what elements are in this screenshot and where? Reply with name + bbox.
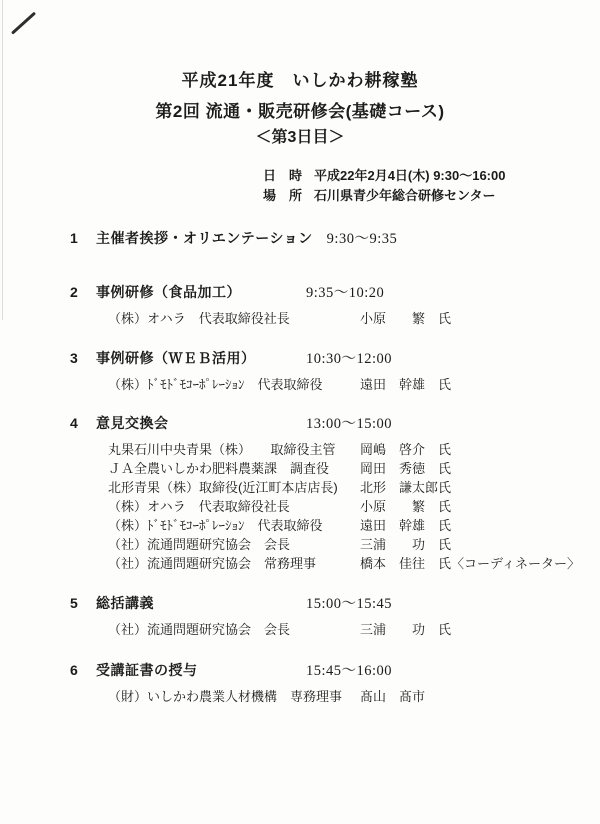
agenda-item-6: 6 受講証書の授与 15:45〜16:00 （財）いしかわ農業人材機構 専務理事… — [70, 660, 590, 706]
item-number: 2 — [70, 282, 96, 302]
agenda-item-head: 3 事例研修（ＷＥＢ活用） 10:30〜12:00 — [70, 348, 590, 369]
scanned-agenda-document: 平成21年度 いしかわ耕稼塾 第2回 流通・販売研修会(基礎コース) ＜第3日目… — [0, 0, 600, 824]
item-number: 1 — [70, 228, 96, 248]
speaker-affiliation: （株）オハラ 代表取締役社長 — [108, 497, 360, 516]
speaker-name: 三浦 功 氏 — [360, 535, 451, 554]
event-place-row: 場 所 石川県青少年総合研修センター — [263, 186, 600, 206]
item-number: 4 — [70, 413, 96, 433]
speaker-name: 小原 繁 氏 — [360, 309, 451, 328]
item-title: 主催者挨拶・オリエンテーション — [96, 228, 313, 248]
speaker-row: （社）流通問題研究協会 会長 三浦 功 氏 — [108, 620, 590, 639]
speaker-list: （社）流通問題研究協会 会長 三浦 功 氏 — [108, 620, 590, 639]
speaker-row: 北形青果（株）取締役(近江町本店店長) 北形 謙太郎氏 — [108, 478, 590, 497]
agenda-item-3: 3 事例研修（ＷＥＢ活用） 10:30〜12:00 （株）ﾄﾞﾓﾄﾞﾓｺｰﾎﾟﾚ… — [70, 348, 590, 394]
speaker-name: 岡田 秀徳 氏 — [360, 459, 451, 478]
speaker-row: （社）流通問題研究協会 常務理事 橋本 佳往 氏〈コーディネーター〉 — [108, 554, 590, 573]
speaker-row: ＪＡ全農いしかわ肥料農薬課 調査役 岡田 秀徳 氏 — [108, 459, 590, 478]
agenda-item-5: 5 総括講義 15:00〜15:45 （社）流通問題研究協会 会長 三浦 功 氏 — [70, 593, 590, 639]
item-time: 15:00〜15:45 — [306, 594, 392, 614]
speaker-list: （株）オハラ 代表取締役社長 小原 繁 氏 — [108, 309, 590, 328]
speaker-affiliation: 丸果石川中央青果（株） 取締役主管 — [108, 440, 360, 459]
speaker-list: （財）いしかわ農業人材機構 専務理事 髙山 髙市 — [108, 687, 590, 706]
speaker-row: （株）ﾄﾞﾓﾄﾞﾓｺｰﾎﾟﾚｰｼｮﾝ 代表取締役 遠田 幹雄 氏 — [108, 516, 590, 535]
speaker-row: （株）ﾄﾞﾓﾄﾞﾓｺｰﾎﾟﾚｰｼｮﾝ 代表取締役 遠田 幹雄 氏 — [108, 375, 590, 394]
document-header: 平成21年度 いしかわ耕稼塾 第2回 流通・販売研修会(基礎コース) ＜第3日目… — [0, 70, 600, 148]
document-day-label: ＜第3日目＞ — [0, 127, 600, 148]
item-time: 13:00〜15:00 — [306, 414, 392, 434]
item-title: 受講証書の授与 — [96, 660, 292, 680]
agenda-item-1: 1 主催者挨拶・オリエンテーション 9:30〜9:35 — [70, 228, 590, 249]
item-time: 10:30〜12:00 — [306, 349, 392, 369]
speaker-affiliation: （社）流通問題研究協会 常務理事 — [108, 554, 360, 573]
item-number: 5 — [70, 593, 96, 613]
item-time: 9:30〜9:35 — [327, 229, 398, 249]
speaker-affiliation: （株）ﾄﾞﾓﾄﾞﾓｺｰﾎﾟﾚｰｼｮﾝ 代表取締役 — [108, 375, 360, 394]
agenda-item-head: 4 意見交換会 13:00〜15:00 — [70, 413, 590, 434]
speaker-name: 髙山 髙市 — [360, 687, 425, 706]
speaker-list: 丸果石川中央青果（株） 取締役主管 岡嶋 啓介 氏 ＪＡ全農いしかわ肥料農薬課 … — [108, 440, 590, 573]
item-time: 9:35〜10:20 — [306, 283, 384, 303]
speaker-affiliation: 北形青果（株）取締役(近江町本店店長) — [108, 478, 360, 497]
speaker-affiliation: （株）オハラ 代表取締役社長 — [108, 309, 360, 328]
agenda-item-head: 2 事例研修（食品加工） 9:35〜10:20 — [70, 282, 590, 303]
agenda-item-head: 1 主催者挨拶・オリエンテーション 9:30〜9:35 — [70, 228, 590, 249]
speaker-row: （財）いしかわ農業人材機構 専務理事 髙山 髙市 — [108, 687, 590, 706]
document-title: 平成21年度 いしかわ耕稼塾 — [0, 70, 600, 92]
speaker-row: （社）流通問題研究協会 会長 三浦 功 氏 — [108, 535, 590, 554]
speaker-name: 小原 繁 氏 — [360, 497, 451, 516]
speaker-name: 岡嶋 啓介 氏 — [360, 440, 451, 459]
agenda-item-2: 2 事例研修（食品加工） 9:35〜10:20 （株）オハラ 代表取締役社長 小… — [70, 282, 590, 328]
event-datetime-row: 日 時 平成22年2月4日(木) 9:30〜16:00 — [263, 166, 600, 186]
speaker-row: （株）オハラ 代表取締役社長 小原 繁 氏 — [108, 497, 590, 516]
pen-stroke-annotation — [11, 12, 36, 35]
agenda-item-4: 4 意見交換会 13:00〜15:00 丸果石川中央青果（株） 取締役主管 岡嶋… — [70, 413, 590, 573]
item-number: 6 — [70, 660, 96, 680]
item-title: 意見交換会 — [96, 413, 292, 433]
item-title: 総括講義 — [96, 593, 292, 613]
speaker-list: （株）ﾄﾞﾓﾄﾞﾓｺｰﾎﾟﾚｰｼｮﾝ 代表取締役 遠田 幹雄 氏 — [108, 375, 590, 394]
scanner-edge-artifact — [2, 0, 3, 320]
speaker-row: 丸果石川中央青果（株） 取締役主管 岡嶋 啓介 氏 — [108, 440, 590, 459]
agenda-list: 1 主催者挨拶・オリエンテーション 9:30〜9:35 2 事例研修（食品加工）… — [0, 228, 600, 706]
speaker-affiliation: ＪＡ全農いしかわ肥料農薬課 調査役 — [108, 459, 360, 478]
speaker-name: 遠田 幹雄 氏 — [360, 516, 451, 535]
speaker-name: 三浦 功 氏 — [360, 620, 451, 639]
speaker-affiliation: （社）流通問題研究協会 会長 — [108, 535, 360, 554]
place-label: 場 所 — [263, 186, 302, 206]
place-value: 石川県青少年総合研修センター — [314, 186, 495, 206]
agenda-item-head: 6 受講証書の授与 15:45〜16:00 — [70, 660, 590, 681]
speaker-affiliation: （財）いしかわ農業人材機構 専務理事 — [108, 687, 360, 706]
document-subtitle: 第2回 流通・販売研修会(基礎コース) — [0, 101, 600, 123]
item-number: 3 — [70, 348, 96, 368]
item-time: 15:45〜16:00 — [306, 661, 392, 681]
speaker-affiliation: （株）ﾄﾞﾓﾄﾞﾓｺｰﾎﾟﾚｰｼｮﾝ 代表取締役 — [108, 516, 360, 535]
speaker-name: 遠田 幹雄 氏 — [360, 375, 451, 394]
speaker-name: 北形 謙太郎氏 — [360, 478, 451, 497]
item-title: 事例研修（食品加工） — [96, 282, 292, 302]
agenda-item-head: 5 総括講義 15:00〜15:45 — [70, 593, 590, 614]
item-title: 事例研修（ＷＥＢ活用） — [96, 348, 292, 368]
speaker-name: 橋本 佳往 氏〈コーディネーター〉 — [360, 554, 580, 573]
speaker-affiliation: （社）流通問題研究協会 会長 — [108, 620, 360, 639]
speaker-row: （株）オハラ 代表取締役社長 小原 繁 氏 — [108, 309, 590, 328]
datetime-value: 平成22年2月4日(木) 9:30〜16:00 — [314, 166, 505, 186]
datetime-label: 日 時 — [263, 166, 302, 186]
event-meta: 日 時 平成22年2月4日(木) 9:30〜16:00 場 所 石川県青少年総合… — [263, 166, 600, 206]
